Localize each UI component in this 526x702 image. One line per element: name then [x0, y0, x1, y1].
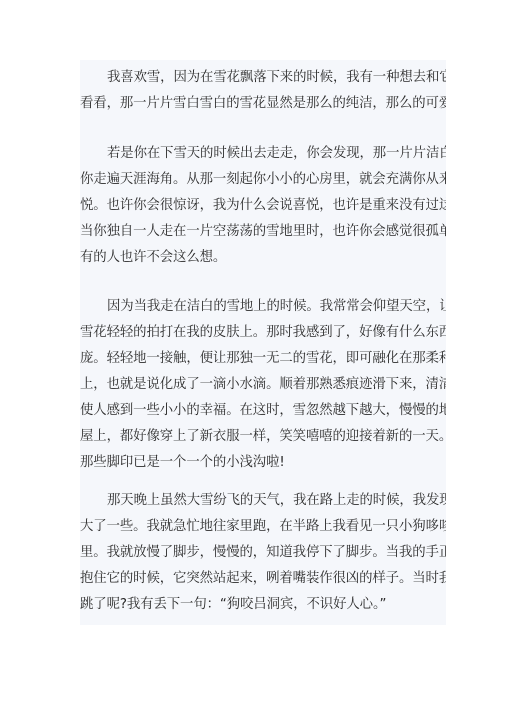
text-line: 上，也就是说化成了一滴小水滴。顺着那熟悉痕迹滑下来，清清凉凉的一下。 — [80, 372, 446, 398]
document-body: 我喜欢雪，因为在雪花飘落下来的时候，我有一种想去和它玩耍的冲动。 看看，那一片片… — [80, 60, 446, 625]
paragraph-2: 若是你在下雪天的时候出去走走，你会发现，那一片片洁白的雪花会随着 你走遍天涯海角… — [80, 141, 446, 271]
text-line: 屋上，都好像穿上了新衣服一样，笑笑嘻嘻的迎接着新的一天。再看看后面， — [80, 424, 446, 450]
text-line: 大了一些。我就急忙地往家里跑，在半路上我看见一只小狗哆哆嗦嗦的我在那 — [80, 514, 446, 540]
text-line: 抱住它的时候，它突然站起来，咧着嘴装作很凶的样子。当时我还被它吓了一 — [80, 566, 446, 592]
text-line: 那些脚印已是一个一个的小浅沟啦! — [80, 450, 446, 476]
text-line: 看看，那一片片雪白雪白的雪花显然是那么的纯洁，那么的可爱。 — [80, 91, 446, 117]
paragraph-1: 我喜欢雪，因为在雪花飘落下来的时候，我有一种想去和它玩耍的冲动。 看看，那一片片… — [80, 65, 446, 117]
text-line: 使人感到一些小小的幸福。在这时，雪忽然越下越大，慢慢的地上、树上和房 — [80, 398, 446, 424]
text-line: 我喜欢雪，因为在雪花飘落下来的时候，我有一种想去和它玩耍的冲动。 — [80, 65, 446, 91]
text-line: 雪花轻轻的拍打在我的皮肤上。那时我感到了，好像有什么东西在啄着我的脸 — [80, 320, 446, 346]
text-line: 跳了呢?我有丢下一句：“狗咬吕洞宾，不识好人心。” — [80, 592, 446, 618]
text-line: 当你独自一人走在一片空荡荡的雪地里时，也许你会感觉很孤单、很寂寞。不， — [80, 219, 446, 245]
paragraph-3: 因为当我走在洁白的雪地上的时候。我常常会仰望天空，让那洁白无暇的 雪花轻轻的拍打… — [80, 294, 446, 476]
text-line: 悦。也许你会很惊讶，我为什么会说喜悦，也许是重来没有过这样的感觉吧。 — [80, 193, 446, 219]
text-line: 你走遍天涯海角。从那一刻起你小小的心房里，就会充满你从来就没有过的喜 — [80, 167, 446, 193]
paragraph-4: 那天晚上虽然大雪纷飞的天气，我在路上走的时候，我发现当时的雪又下 大了一些。我就… — [80, 488, 446, 618]
text-line: 有的人也许不会这么想。 — [80, 245, 446, 271]
text-line: 因为当我走在洁白的雪地上的时候。我常常会仰望天空，让那洁白无暇的 — [80, 294, 446, 320]
text-line: 那天晚上虽然大雪纷飞的天气，我在路上走的时候，我发现当时的雪又下 — [80, 488, 446, 514]
text-line: 若是你在下雪天的时候出去走走，你会发现，那一片片洁白的雪花会随着 — [80, 141, 446, 167]
text-line: 庞。轻轻地一接触，便让那独一无二的雪花，即可融化在那柔和、温暖的脸庞 — [80, 346, 446, 372]
text-line: 里。我就放慢了脚步，慢慢的，知道我停下了脚步。当我的手正要伸向前，去 — [80, 540, 446, 566]
